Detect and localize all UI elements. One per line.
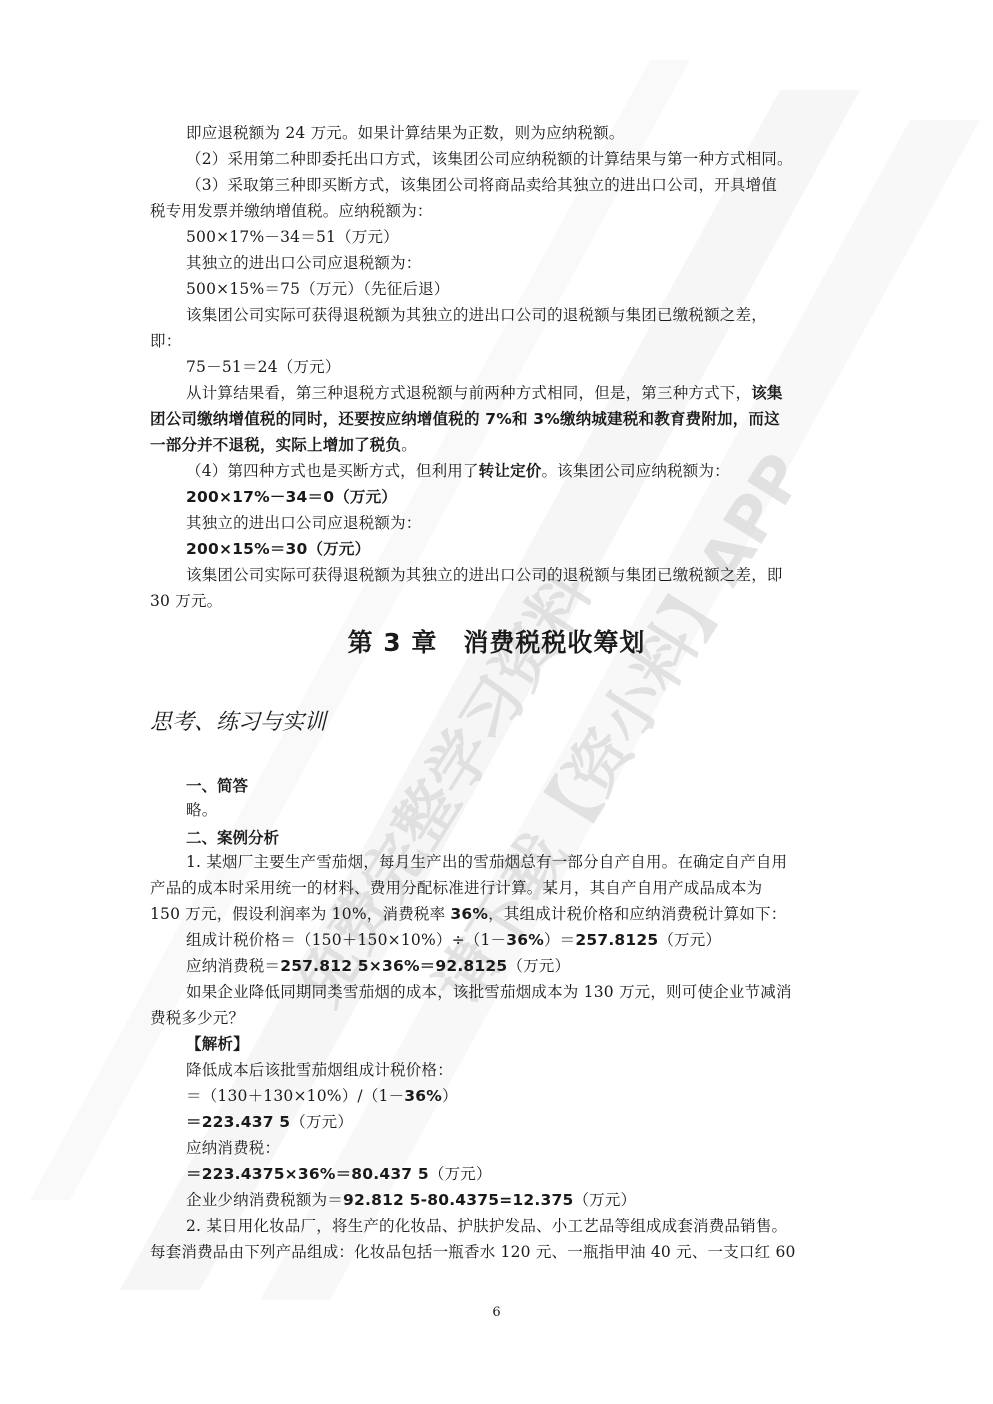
text: 其独立的进出口公司应退税额为： <box>186 514 422 532</box>
text: ，其组成计税价格和应纳消费税计算如下： <box>488 905 786 923</box>
text: （万元） <box>290 1113 353 1131</box>
text-line: 组成计税价格＝（150＋150×10%）÷（1－36%）＝257.8125（万元… <box>186 930 721 950</box>
text-line: 降低成本后该批雪茄烟组成计税价格： <box>186 1060 453 1080</box>
bold-text: 36% <box>404 1087 442 1105</box>
heading-case-analysis: 二、案例分析 <box>186 826 279 848</box>
text: 150 万元，假设利润率为 10%，消费税率 <box>150 905 450 923</box>
bold-text: 257.812 5×36%＝92.8125 <box>280 957 507 975</box>
bold-text: 【解析】 <box>186 1035 249 1053</box>
text: ）＝ <box>544 931 575 949</box>
text: 企业少纳消费税额为＝ <box>186 1191 343 1209</box>
text-line: 税专用发票并缴纳增值税。应纳税额为： <box>150 201 433 221</box>
text-line: 从计算结果看，第三种退税方式退税额与前两种方式相同，但是，第三种方式下，该集 <box>186 383 783 403</box>
text-line: 企业少纳消费税额为＝92.812 5-80.4375=12.375（万元） <box>186 1190 636 1210</box>
text-line: 即： <box>150 331 181 351</box>
text: 税专用发票并缴纳增值税。应纳税额为： <box>150 202 433 220</box>
text: ） <box>442 1087 458 1105</box>
text-line: （4）第四种方式也是买断方式，但利用了转让定价。该集团公司应纳税额为： <box>186 461 730 481</box>
text: 如果企业降低同期同类雪茄烟的成本，该批雪茄烟成本为 130 万元，则可使企业节减… <box>186 983 792 1001</box>
page-number: 6 <box>0 1305 993 1320</box>
text-line: 团公司缴纳增值税的同时，还要按应纳增值税的 7%和 3%缴纳城建税和教育费附加，… <box>150 409 780 429</box>
section-title: 思考、练习与实训 <box>150 705 326 736</box>
bold-text: ＝223.437 5 <box>186 1113 290 1131</box>
bold-text: 一部分并不退税，实际上增加了税负 <box>150 436 401 454</box>
text-line: 一部分并不退税，实际上增加了税负。 <box>150 435 417 455</box>
text: （万元） <box>573 1191 636 1209</box>
bold-text: 团公司缴纳增值税的同时，还要按应纳增值税的 7%和 3%缴纳城建税和教育费附加，… <box>150 410 780 428</box>
text-line: 200×17%－34＝0（万元） <box>186 487 397 507</box>
text: 组成计税价格＝（150＋150×10%）÷（1－ <box>186 931 506 949</box>
bold-text: 36% <box>506 931 544 949</box>
text: 500×17%－34＝51（万元） <box>186 228 399 246</box>
text: 其独立的进出口公司应退税额为： <box>186 254 422 272</box>
bold-text: 257.8125 <box>575 931 658 949</box>
text: 从计算结果看，第三种退税方式退税额与前两种方式相同，但是，第三种方式下， <box>186 384 751 402</box>
text: 应纳消费税： <box>186 1139 280 1157</box>
text-line: 75－51＝24（万元） <box>186 357 341 377</box>
text: （万元） <box>429 1165 492 1183</box>
text-line: 500×17%－34＝51（万元） <box>186 227 399 247</box>
text: ＝（130＋130×10%）/（1－ <box>186 1087 404 1105</box>
text-line: 其独立的进出口公司应退税额为： <box>186 253 422 273</box>
text-line: 1. 某烟厂主要生产雪茄烟，每月生产出的雪茄烟总有一部分自产自用。在确定自产自用 <box>186 852 787 872</box>
text: 降低成本后该批雪茄烟组成计税价格： <box>186 1061 453 1079</box>
text-line: 该集团公司实际可获得退税额为其独立的进出口公司的退税额与集团已缴税额之差， <box>186 305 767 325</box>
text: 即应退税额为 24 万元。如果计算结果为正数，则为应纳税额。 <box>186 124 625 142</box>
text: 费税多少元？ <box>150 1009 244 1027</box>
text-line: 其独立的进出口公司应退税额为： <box>186 513 422 533</box>
text-line: （3）采取第三种即买断方式，该集团公司将商品卖给其独立的进出口公司，开具增值 <box>186 175 777 195</box>
text: （4）第四种方式也是买断方式，但利用了 <box>186 462 479 480</box>
bold-text: 该集 <box>751 384 782 402</box>
text: （万元） <box>507 957 570 975</box>
text: （万元） <box>658 931 721 949</box>
text: 。该集团公司应纳税额为： <box>541 462 729 480</box>
text: （2）采用第二种即委托出口方式，该集团公司应纳税额的计算结果与第一种方式相同。 <box>186 150 793 168</box>
bold-text: ＝223.4375×36%＝80.437 5 <box>186 1165 429 1183</box>
text: 75－51＝24（万元） <box>186 358 341 376</box>
text: 即： <box>150 332 181 350</box>
text-line: 应纳消费税： <box>186 1138 280 1158</box>
bold-text: 36% <box>450 905 488 923</box>
heading-short-answer: 一、简答 <box>186 774 248 796</box>
short-answer-text: 略。 <box>186 800 217 820</box>
text-line: ＝223.437 5（万元） <box>186 1112 353 1132</box>
text: 该集团公司实际可获得退税额为其独立的进出口公司的退税额与集团已缴税额之差， <box>186 306 767 324</box>
document-page: 即应退税额为 24 万元。如果计算结果为正数，则为应纳税额。（2）采用第二种即委… <box>0 0 993 1404</box>
text: 2. 某日用化妆品厂，将生产的化妆品、护肤护发品、小工艺品等组成成套消费品销售。 <box>186 1217 787 1235</box>
text: 应纳消费税＝ <box>186 957 280 975</box>
text-line: 500×15%＝75（万元）（先征后退） <box>186 279 450 299</box>
text-line: （2）采用第二种即委托出口方式，该集团公司应纳税额的计算结果与第一种方式相同。 <box>186 149 793 169</box>
text: 30 万元。 <box>150 592 222 610</box>
text-line: 即应退税额为 24 万元。如果计算结果为正数，则为应纳税额。 <box>186 123 625 143</box>
text-line: 150 万元，假设利润率为 10%，消费税率 36%，其组成计税价格和应纳消费税… <box>150 904 786 924</box>
bold-text: 92.812 5-80.4375=12.375 <box>343 1191 573 1209</box>
text-line: 每套消费品由下列产品组成：化妆品包括一瓶香水 120 元、一瓶指甲油 40 元、… <box>150 1242 796 1262</box>
text: 产品的成本时采用统一的材料、费用分配标准进行计算。某月，其自产自用产成品成本为 <box>150 879 762 897</box>
text: 500×15%＝75（万元）（先征后退） <box>186 280 450 298</box>
text-line: 【解析】 <box>186 1034 249 1054</box>
bold-text: 200×15%＝30（万元） <box>186 540 370 558</box>
text-line: 200×15%＝30（万元） <box>186 539 370 559</box>
text-line: 应纳消费税＝257.812 5×36%＝92.8125（万元） <box>186 956 570 976</box>
text-line: 产品的成本时采用统一的材料、费用分配标准进行计算。某月，其自产自用产成品成本为 <box>150 878 762 898</box>
text-line: 费税多少元？ <box>150 1008 244 1028</box>
text-line: 该集团公司实际可获得退税额为其独立的进出口公司的退税额与集团已缴税额之差，即 <box>186 565 783 585</box>
text: 。 <box>401 436 417 454</box>
text-line: 30 万元。 <box>150 591 222 611</box>
bold-text: 200×17%－34＝0（万元） <box>186 488 397 506</box>
text: 该集团公司实际可获得退税额为其独立的进出口公司的退税额与集团已缴税额之差，即 <box>186 566 783 584</box>
text-line: ＝（130＋130×10%）/（1－36%） <box>186 1086 458 1106</box>
bold-text: 转让定价 <box>479 462 542 480</box>
text-line: 如果企业降低同期同类雪茄烟的成本，该批雪茄烟成本为 130 万元，则可使企业节减… <box>186 982 792 1002</box>
text: 每套消费品由下列产品组成：化妆品包括一瓶香水 120 元、一瓶指甲油 40 元、… <box>150 1243 796 1261</box>
text: （3）采取第三种即买断方式，该集团公司将商品卖给其独立的进出口公司，开具增值 <box>186 176 777 194</box>
text-line: 2. 某日用化妆品厂，将生产的化妆品、护肤护发品、小工艺品等组成成套消费品销售。 <box>186 1216 787 1236</box>
text-line: ＝223.4375×36%＝80.437 5（万元） <box>186 1164 492 1184</box>
chapter-title: 第 3 章 消费税税收筹划 <box>0 623 993 659</box>
text: 1. 某烟厂主要生产雪茄烟，每月生产出的雪茄烟总有一部分自产自用。在确定自产自用 <box>186 853 787 871</box>
